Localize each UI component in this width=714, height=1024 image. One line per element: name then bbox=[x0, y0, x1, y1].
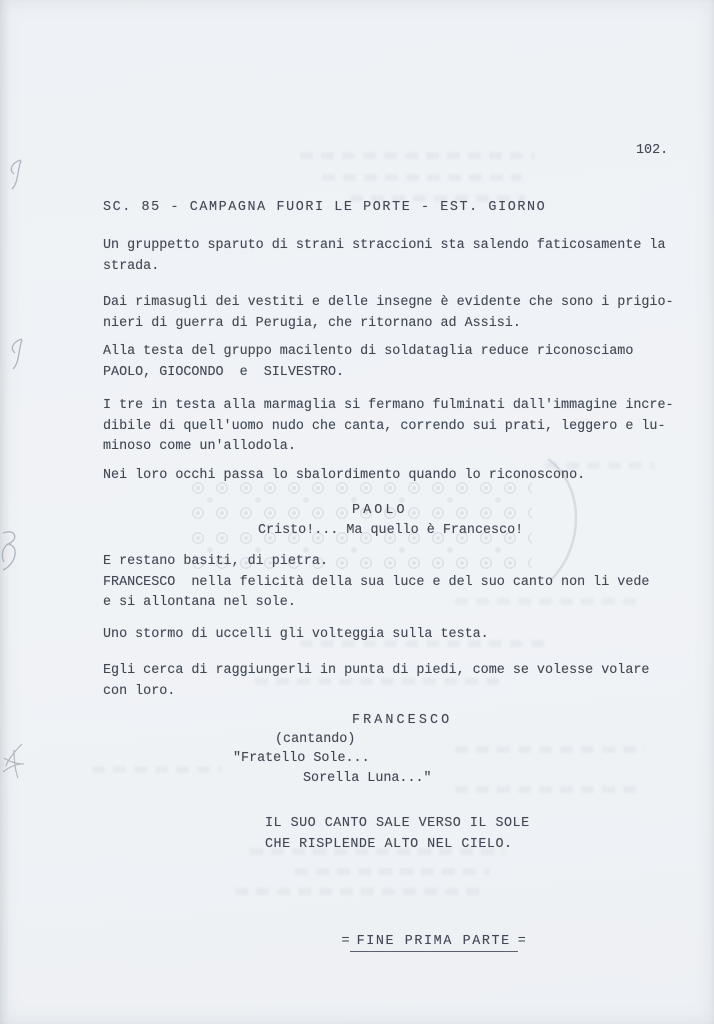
action-paragraph: E restano basiti, di pietra.FRANCESCO ne… bbox=[103, 552, 649, 614]
action-paragraph: Nei loro occhi passa lo sbalordimento qu… bbox=[103, 466, 585, 487]
character-cue-paolo: PAOLO bbox=[352, 501, 408, 522]
action-paragraph: I tre in testa alla marmaglia si fermano… bbox=[103, 396, 674, 458]
end-marker-suffix: = bbox=[518, 934, 526, 949]
end-marker: =FINE PRIMA PARTE= bbox=[303, 911, 526, 973]
bleed-through-smudge bbox=[322, 174, 522, 181]
pencil-mark-icon bbox=[5, 158, 27, 192]
song-line: Sorella Luna..." bbox=[303, 769, 432, 790]
action-paragraph: Un gruppetto sparuto di strani straccion… bbox=[103, 236, 666, 277]
pencil-mark-icon bbox=[5, 336, 27, 372]
action-paragraph: Alla testa del gruppo macilento di solda… bbox=[103, 342, 633, 383]
dialogue-line: Cristo!... Ma quello è Francesco! bbox=[258, 521, 523, 542]
screenplay-page: 102. SC. 85 - CAMPAGNA FUORI LE PORTE - … bbox=[0, 0, 714, 1024]
page-number: 102. bbox=[636, 141, 668, 162]
song-line: "Fratello Sole... bbox=[233, 749, 370, 770]
parenthetical: (cantando) bbox=[275, 730, 355, 751]
action-paragraph: Egli cerca di raggiungerli in punta di p… bbox=[103, 661, 649, 702]
bleed-through-smudge bbox=[300, 152, 535, 159]
scene-heading: SC. 85 - CAMPAGNA FUORI LE PORTE - EST. … bbox=[103, 198, 546, 219]
bleed-through-smudge bbox=[455, 786, 640, 793]
bleed-through-smudge bbox=[295, 868, 490, 875]
character-cue-francesco: FRANCESCO bbox=[352, 711, 452, 732]
bleed-through-smudge bbox=[235, 888, 485, 895]
bleed-through-smudge bbox=[455, 746, 645, 753]
action-paragraph: Uno stormo di uccelli gli volteggia sull… bbox=[103, 625, 489, 646]
closing-caps: IL SUO CANTO SALE VERSO IL SOLECHE RISPL… bbox=[265, 814, 530, 855]
pencil-mark-icon bbox=[0, 528, 22, 574]
end-marker-prefix: = bbox=[342, 934, 350, 949]
end-marker-text: FINE PRIMA PARTE bbox=[350, 934, 518, 952]
action-paragraph: Dai rimasugli dei vestiti e delle insegn… bbox=[103, 293, 674, 334]
bleed-through-smudge bbox=[92, 766, 222, 773]
pencil-mark-icon bbox=[2, 740, 28, 782]
